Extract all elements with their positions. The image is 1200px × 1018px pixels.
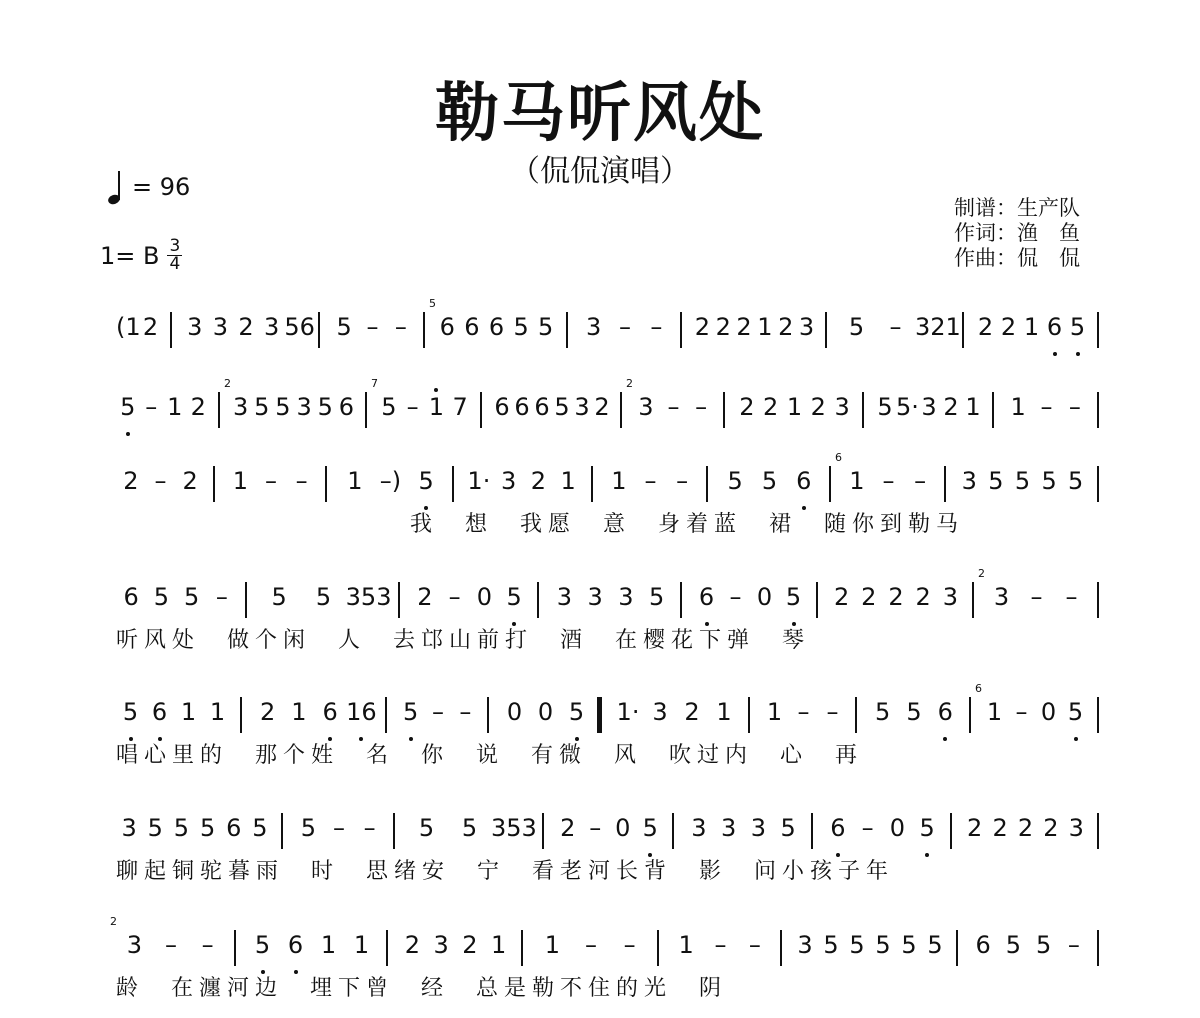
dash-extension: – <box>876 312 915 342</box>
dash-extension: – <box>1061 392 1089 422</box>
dash-extension: – <box>818 697 847 727</box>
dash-extension: – <box>440 582 470 612</box>
note: 5 <box>272 392 293 422</box>
barline <box>862 392 864 428</box>
note: 5 <box>1062 697 1089 727</box>
barline <box>780 930 782 966</box>
dash-extension: – <box>1019 582 1054 612</box>
dash-extension: – <box>452 697 479 727</box>
barline <box>956 930 958 966</box>
low-octave-dot <box>1053 352 1057 356</box>
barline <box>325 466 327 502</box>
dash-extension: – <box>256 466 287 496</box>
note: 2 <box>139 312 162 342</box>
note: 5 <box>752 466 786 496</box>
note: 5 <box>718 466 752 496</box>
note: 3 <box>116 930 153 960</box>
note: 5 <box>247 813 273 843</box>
low-octave-dot <box>802 506 806 510</box>
note: 353 <box>346 582 390 612</box>
dash-extension: – <box>1059 930 1089 960</box>
note: 1 <box>603 466 635 496</box>
note: 2 <box>759 392 783 422</box>
note: 6 <box>460 312 485 342</box>
note: 6 <box>1043 312 1066 342</box>
dash-extension: – <box>853 813 883 843</box>
note: 0 <box>1035 697 1062 727</box>
note: 3 <box>744 813 774 843</box>
barline <box>855 697 857 733</box>
note: 2 <box>456 930 485 960</box>
barline <box>385 697 387 733</box>
dash-extension: –) <box>373 466 409 496</box>
note: 5 <box>1029 930 1059 960</box>
note: 5 <box>251 392 272 422</box>
note: 5 <box>405 813 448 843</box>
lyrics: 聊起铜驼暮雨 时 思绪安 宁 看老河长背 影 问小孩子年 <box>116 859 894 885</box>
barline <box>245 582 247 618</box>
note: 3 <box>549 582 580 612</box>
note: 5 <box>168 813 194 843</box>
grace-note: 2 <box>626 378 633 389</box>
note: 5 <box>146 582 176 612</box>
dash-extension: – <box>572 930 611 960</box>
barline <box>1097 312 1099 348</box>
low-octave-dot <box>925 853 929 857</box>
low-octave-dot <box>294 970 298 974</box>
barline <box>537 582 539 618</box>
dash-extension: – <box>666 466 698 496</box>
dash-extension: – <box>146 466 176 496</box>
low-octave-dot <box>261 970 265 974</box>
note: 1 <box>425 392 449 422</box>
dash-extension: – <box>189 930 226 960</box>
low-octave-dot <box>836 853 840 857</box>
note: 3 <box>984 582 1019 612</box>
note: 5 <box>922 930 948 960</box>
note: 3 <box>956 466 983 496</box>
score-line: 655–553532–0533356–052222323––听风处 做个闲 人 … <box>0 582 1200 662</box>
note: 1 <box>1020 312 1043 342</box>
note: 3 <box>918 392 940 422</box>
note: 2 <box>997 312 1020 342</box>
dash-extension: – <box>1032 392 1060 422</box>
barline <box>480 392 482 428</box>
dash-extension: – <box>140 392 164 422</box>
note: 2 <box>828 582 855 612</box>
note: 1 <box>345 930 378 960</box>
score-line: 23––561123211––1––355555655–龄 在瀍河边 埋下曾 经… <box>0 930 1200 1010</box>
grace-note: 7 <box>371 378 378 389</box>
note: 3 <box>792 930 818 960</box>
barline <box>723 392 725 428</box>
note: 5 <box>844 930 870 960</box>
low-octave-dot <box>158 737 162 741</box>
note: 6 <box>116 582 146 612</box>
note: 5 <box>874 392 896 422</box>
dash-extension: – <box>641 312 672 342</box>
note: 1 <box>981 697 1008 727</box>
barline <box>1097 466 1099 502</box>
barline <box>816 582 818 618</box>
low-octave-dot <box>575 737 579 741</box>
note: 2 <box>116 466 146 496</box>
note: 5 <box>330 312 358 342</box>
note: 5 <box>177 582 207 612</box>
low-octave-dot <box>792 622 796 626</box>
note: 2 <box>592 392 612 422</box>
note: 5 <box>397 697 424 727</box>
score-line: (123323565––5666553––2221235–32122165 <box>0 312 1200 392</box>
note: 5 <box>116 392 140 422</box>
note: 1 <box>755 312 776 342</box>
note: 5 <box>983 466 1010 496</box>
note: 2 <box>974 312 997 342</box>
dash-extension: – <box>609 312 640 342</box>
key-value: 1= B <box>100 242 159 270</box>
note: 1 <box>841 466 873 496</box>
note: 321 <box>915 312 954 342</box>
note: 5 <box>448 813 491 843</box>
note: 5 <box>408 466 444 496</box>
grace-note: 5 <box>429 298 436 309</box>
note: 2 <box>1038 813 1063 843</box>
note: 2 <box>692 312 713 342</box>
note: 3 <box>494 466 524 496</box>
barline <box>620 392 622 428</box>
note: 6 <box>930 697 961 727</box>
dash-extension: – <box>1008 697 1035 727</box>
note: 56 <box>284 312 310 342</box>
note: 2 <box>252 697 283 727</box>
note: 5 <box>773 813 803 843</box>
note: 2 <box>987 813 1012 843</box>
dash-extension: – <box>687 392 715 422</box>
note: 6 <box>512 392 532 422</box>
note: 1 <box>174 697 203 727</box>
low-octave-dot <box>129 737 133 741</box>
barline <box>706 466 708 502</box>
barline <box>680 582 682 618</box>
barline <box>386 930 388 966</box>
lyricist-credit: 作词：渔 鱼 <box>954 221 1080 246</box>
low-octave-dot <box>424 506 428 510</box>
barline <box>566 312 568 348</box>
low-octave-dot <box>512 622 516 626</box>
dash-extension: – <box>582 813 610 843</box>
low-octave-dot <box>328 737 332 741</box>
barline <box>452 466 454 502</box>
barline <box>1097 813 1099 849</box>
barline <box>972 582 974 618</box>
note: 1 <box>962 392 984 422</box>
note: 5 <box>998 930 1028 960</box>
dash-extension: – <box>401 392 425 422</box>
note: 3 <box>580 582 611 612</box>
note: 2 <box>806 392 830 422</box>
grace-note: 2 <box>978 568 985 579</box>
note: 6 <box>484 312 509 342</box>
barline <box>521 930 523 966</box>
note: 0 <box>883 813 913 843</box>
barline <box>365 392 367 428</box>
note: 2 <box>676 697 708 727</box>
note: 3 <box>684 813 714 843</box>
note: 1 <box>163 392 187 422</box>
note: 5 <box>867 697 898 727</box>
note: 3 <box>644 697 676 727</box>
note: 0 <box>530 697 561 727</box>
note: 2 <box>524 466 554 496</box>
dash-extension: – <box>354 813 385 843</box>
note: 3 <box>937 582 964 612</box>
barline <box>281 813 283 849</box>
note: 5 <box>116 697 145 727</box>
note: 3 <box>427 930 456 960</box>
note: 3 <box>294 392 315 422</box>
note: 0 <box>609 813 637 843</box>
note: 5 <box>837 312 876 342</box>
note: 6 <box>492 392 512 422</box>
note: 0 <box>470 582 500 612</box>
note: 5 <box>552 392 572 422</box>
note: 1 <box>708 697 740 727</box>
note: 5 <box>1009 466 1036 496</box>
composer-credit: 作曲：侃 侃 <box>954 246 1080 271</box>
note: 2 <box>962 813 987 843</box>
note: 0 <box>499 697 530 727</box>
barline <box>944 466 946 502</box>
note: 5 <box>912 813 942 843</box>
barline <box>393 813 395 849</box>
note: 6 <box>221 813 247 843</box>
score-line: 2–21––1–)51·3211––55661––35555我 想 我愿 意 身… <box>0 466 1200 546</box>
barline <box>672 813 674 849</box>
arranger-credit: 制谱：生产队 <box>954 196 1080 221</box>
low-octave-dot <box>648 853 652 857</box>
note: 5 <box>301 582 345 612</box>
note: 5 <box>246 930 279 960</box>
note: 1 <box>283 697 314 727</box>
lyrics: 唱心里的 那个姓 名 你 说 有微 风 吹过内 心 再 <box>116 743 863 769</box>
note: 1 <box>760 697 789 727</box>
note: 5 <box>641 582 672 612</box>
note: 1· <box>612 697 644 727</box>
note: 3 <box>830 392 854 422</box>
note: 5 <box>142 813 168 843</box>
note: 6 <box>692 582 721 612</box>
barline <box>234 930 236 966</box>
note: 3 <box>632 392 660 422</box>
note: 1 <box>337 466 373 496</box>
key-signature: 1= B 3 4 <box>100 238 182 273</box>
lyrics: 我 想 我愿 意 身着蓝 裙 随你到勒马 <box>410 512 964 538</box>
barline <box>318 312 320 348</box>
note: 3 <box>1064 813 1089 843</box>
barline <box>1097 392 1099 428</box>
note: 3 <box>796 312 817 342</box>
dash-extension: – <box>873 466 905 496</box>
dash-extension: – <box>286 466 317 496</box>
note: 2 <box>187 392 211 422</box>
note: 5 <box>533 312 558 342</box>
barline <box>591 466 593 502</box>
note: 3 <box>230 392 251 422</box>
note: 6 <box>315 697 346 727</box>
low-octave-dot <box>409 737 413 741</box>
barline <box>398 582 400 618</box>
note: 2 <box>855 582 882 612</box>
barline <box>240 697 242 733</box>
barline <box>969 697 971 733</box>
dash-extension: – <box>738 930 772 960</box>
dash-extension: – <box>721 582 750 612</box>
note: 6 <box>823 813 853 843</box>
low-octave-dot <box>359 737 363 741</box>
note: 2 <box>175 466 205 496</box>
note: 2 <box>735 392 759 422</box>
note: 6 <box>145 697 174 727</box>
note: 2 <box>882 582 909 612</box>
note: 5 <box>896 930 922 960</box>
note: 2 <box>554 813 582 843</box>
note: 3 <box>182 312 208 342</box>
note: 5 <box>561 697 592 727</box>
note: 5 <box>779 582 808 612</box>
note: 6 <box>279 930 312 960</box>
note: 1 <box>312 930 345 960</box>
lyrics: 听风处 做个闲 人 去邙山前打 酒 在樱花下弹 琴 <box>116 628 810 654</box>
barline <box>423 312 425 348</box>
note: 1 <box>225 466 256 496</box>
note: 2 <box>775 312 796 342</box>
note: 2 <box>410 582 440 612</box>
credits: 制谱：生产队 作词：渔 鱼 作曲：侃 侃 <box>954 196 1080 271</box>
note: 3 <box>116 813 142 843</box>
note: 1 <box>1004 392 1032 422</box>
note: 1 <box>484 930 513 960</box>
note: 5· <box>896 392 918 422</box>
quarter-note-icon <box>108 170 122 204</box>
song-title: 勒马听风处 <box>0 62 1200 154</box>
dash-extension: – <box>153 930 190 960</box>
dash-extension: – <box>904 466 936 496</box>
note: 5 <box>293 813 324 843</box>
note: 5 <box>1066 312 1089 342</box>
note: 5 <box>499 582 529 612</box>
barline <box>992 392 994 428</box>
barline <box>811 813 813 849</box>
note: 2 <box>233 312 259 342</box>
note: 3 <box>714 813 744 843</box>
lyrics: 龄 在瀍河边 埋下曾 经 总是勒不住的光 阴 <box>116 976 727 1002</box>
note: 5 <box>898 697 929 727</box>
note: 5 <box>377 392 401 422</box>
dash-extension: – <box>660 392 688 422</box>
note: 5 <box>1036 466 1063 496</box>
note: 0 <box>750 582 779 612</box>
note: 3 <box>572 392 592 422</box>
score-line: 5611216165––0051·3211––55661–05唱心里的 那个姓 … <box>0 697 1200 777</box>
note: 2 <box>398 930 427 960</box>
note: 5 <box>257 582 301 612</box>
barline <box>950 813 952 849</box>
note: 16 <box>346 697 377 727</box>
note: 3 <box>259 312 285 342</box>
tempo-marking: = 96 <box>108 170 190 204</box>
tempo-value: = 96 <box>132 173 190 201</box>
note: 5 <box>818 930 844 960</box>
barline <box>825 312 827 348</box>
dash-extension: – <box>1054 582 1089 612</box>
note: 1 <box>203 697 232 727</box>
note: 5 <box>637 813 665 843</box>
note: 1 <box>533 930 572 960</box>
barline <box>213 466 215 502</box>
note: 2 <box>940 392 962 422</box>
repeat-sign <box>597 697 601 733</box>
barline <box>657 930 659 966</box>
note: 3 <box>208 312 234 342</box>
barline <box>170 312 172 348</box>
note: 3 <box>578 312 609 342</box>
barline <box>748 697 750 733</box>
note: 353 <box>491 813 534 843</box>
grace-note: 2 <box>224 378 231 389</box>
barline <box>487 697 489 733</box>
dash-extension: – <box>635 466 667 496</box>
barline <box>1097 697 1099 733</box>
note: 7 <box>448 392 472 422</box>
note: 1 <box>783 392 807 422</box>
barline <box>542 813 544 849</box>
low-octave-dot <box>126 432 130 436</box>
low-octave-dot <box>1074 737 1078 741</box>
dash-extension: – <box>207 582 237 612</box>
barline <box>1097 930 1099 966</box>
score-line: 5–12235535675–1766653223––2212355·3211–– <box>0 392 1200 472</box>
note: 2 <box>734 312 755 342</box>
note: 2 <box>1013 813 1038 843</box>
low-octave-dot <box>705 622 709 626</box>
note: 5 <box>1062 466 1089 496</box>
low-octave-dot <box>943 737 947 741</box>
grace-note: 6 <box>835 452 842 463</box>
note: 6 <box>968 930 998 960</box>
note: 6 <box>787 466 821 496</box>
note: 5 <box>870 930 896 960</box>
dash-extension: – <box>424 697 451 727</box>
note: 6 <box>532 392 552 422</box>
time-signature: 3 4 <box>167 238 182 273</box>
grace-note: 2 <box>110 916 117 927</box>
note: 2 <box>910 582 937 612</box>
dash-extension: – <box>324 813 355 843</box>
note: 6 <box>435 312 460 342</box>
low-octave-dot <box>1076 352 1080 356</box>
note: 1 <box>553 466 583 496</box>
note: 6 <box>336 392 357 422</box>
note: 1· <box>464 466 494 496</box>
note: (1 <box>116 312 139 342</box>
note: 5 <box>509 312 534 342</box>
note: 1 <box>669 930 703 960</box>
dash-extension: – <box>387 312 415 342</box>
note: 5 <box>195 813 221 843</box>
dash-extension: – <box>358 312 386 342</box>
barline <box>829 466 831 502</box>
barline <box>218 392 220 428</box>
